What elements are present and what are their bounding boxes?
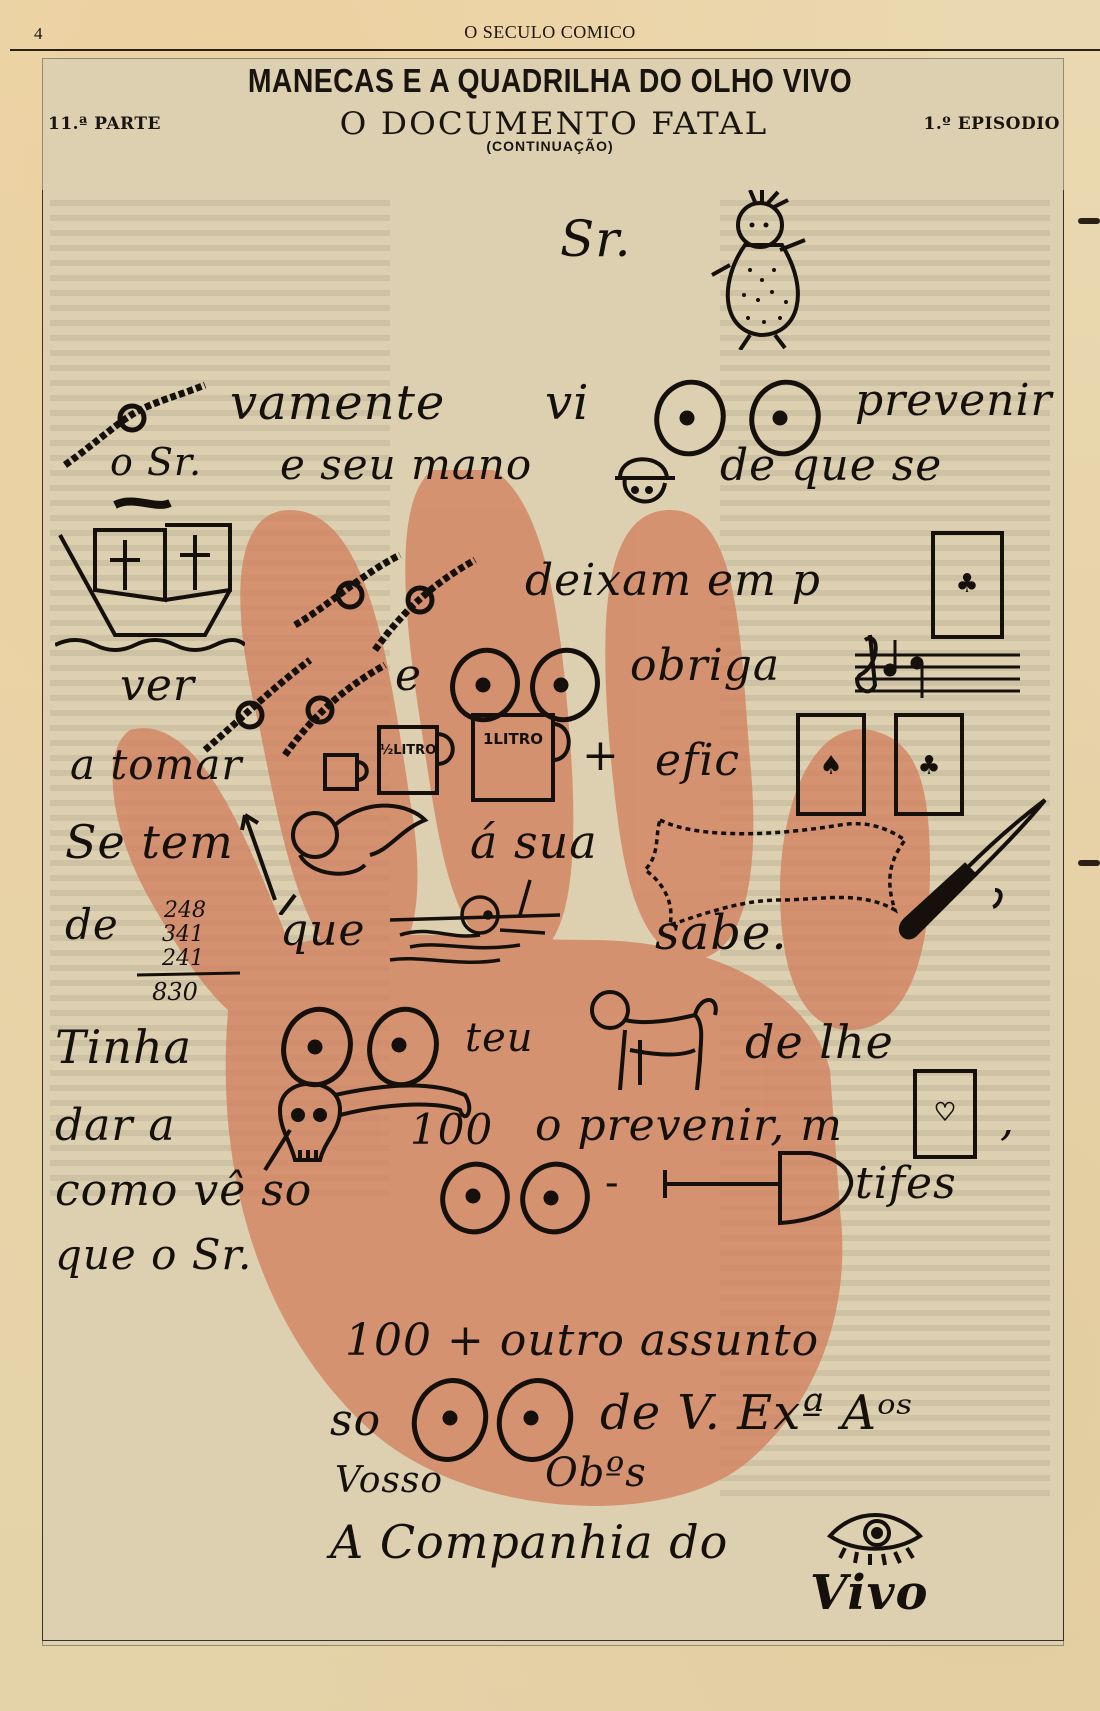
doll-icon xyxy=(700,190,850,350)
rebus-word: o Sr. xyxy=(110,440,202,484)
rebus-word: deixam em p xyxy=(525,555,821,606)
rebus-word: vi xyxy=(545,375,589,431)
half-liter-label: ½LITRO xyxy=(380,743,437,758)
drowning-man-icon xyxy=(380,875,580,970)
svg-text:♥: ♥ xyxy=(934,1098,956,1126)
continuation-label: (CONTINUAÇÃO) xyxy=(0,138,1100,154)
header-rule xyxy=(10,49,1100,51)
rebus-word: vamente xyxy=(230,375,445,431)
eye-icon xyxy=(825,1508,925,1568)
sum-row-2: 341 xyxy=(162,922,204,947)
spade-card-icon: ♠ xyxy=(795,712,867,817)
caravel-ship-icon xyxy=(55,495,245,655)
sum-row-1: 248 xyxy=(163,898,206,923)
rebus-word: Obºs xyxy=(545,1450,647,1496)
sum-icon: 248 341 241 830 xyxy=(135,895,245,1015)
svg-text:♣: ♣ xyxy=(917,751,940,781)
one-liter-mug-icon: 1LITRO xyxy=(470,710,575,805)
club-card-icon: ♣ xyxy=(930,530,1005,640)
rebus-word: á sua xyxy=(470,815,598,869)
rebus-word: como vê so xyxy=(55,1165,312,1216)
small-mug-icon xyxy=(322,750,372,792)
rebus-word: + xyxy=(582,730,620,781)
boy-head-icon xyxy=(605,448,685,518)
handwritten-sr: Sr. xyxy=(560,210,632,268)
rebus-word: , xyxy=(1000,1095,1015,1146)
publication-title: O SECULO COMICO xyxy=(0,22,1100,43)
rebus-word: Se tem xyxy=(65,815,234,869)
rebus-word: que xyxy=(280,905,366,956)
eyes-icon xyxy=(435,1160,605,1235)
episode-label: 1.º EPISODIO xyxy=(924,114,1060,134)
svg-text:♣: ♣ xyxy=(955,569,978,599)
shovel-icon xyxy=(660,1148,860,1228)
rebus-word: 100 xyxy=(410,1105,493,1154)
rebus-word: de que se xyxy=(720,440,942,491)
rebus-word: e xyxy=(395,650,422,701)
rebus-word: A Companhia do xyxy=(330,1515,728,1569)
heart-card-icon: ♥ xyxy=(912,1068,978,1160)
one-liter-label: 1LITRO xyxy=(483,730,543,748)
rebus-word: tifes xyxy=(855,1158,957,1209)
rebus-word: de lhe xyxy=(745,1015,894,1069)
binding-staple xyxy=(1078,860,1100,866)
rope-knots-icon xyxy=(290,545,480,655)
rebus-word: e seu mano xyxy=(280,440,532,489)
binding-staple xyxy=(1078,218,1100,224)
sum-row-3: 241 xyxy=(161,946,204,971)
rebus-word: Vosso xyxy=(335,1460,443,1501)
rebus-word: 100 + outro assunto xyxy=(345,1315,819,1366)
subtitle-row: 11.ª PARTE O DOCUMENTO FATAL 1.º EPISODI… xyxy=(48,110,1060,140)
knife-icon xyxy=(895,795,1055,945)
story-title: MANECAS E A QUADRILHA DO OLHO VIVO xyxy=(77,62,1023,100)
rebus-signature: Vivo xyxy=(810,1565,929,1621)
rebus-word: a tomar xyxy=(70,740,243,789)
rebus-word: efic xyxy=(655,735,740,786)
half-liter-mug-icon: ½LITRO xyxy=(376,722,461,797)
music-staff-icon xyxy=(845,630,1020,705)
rebus-word: ver xyxy=(120,660,195,711)
rebus-word: - xyxy=(605,1160,620,1206)
rebus-word: o prevenir, m xyxy=(535,1100,843,1151)
rebus-word: prevenir xyxy=(855,375,1053,426)
rebus-word: de xyxy=(65,900,119,949)
rebus-word: teu xyxy=(465,1015,534,1061)
rebus-word: que o Sr. xyxy=(55,1230,252,1279)
svg-text:♠: ♠ xyxy=(819,751,842,781)
rebus-word: Tinha xyxy=(55,1020,192,1074)
dog-icon xyxy=(585,985,725,1100)
rebus-word: sabe. xyxy=(655,905,788,961)
rebus-word: de V. Exª Aᵒˢ xyxy=(600,1385,914,1441)
rebus-word: obriga xyxy=(630,640,780,691)
rebus-word: so xyxy=(330,1395,381,1446)
rebus-word: dar a xyxy=(55,1100,176,1151)
sum-total: 830 xyxy=(152,978,198,1006)
